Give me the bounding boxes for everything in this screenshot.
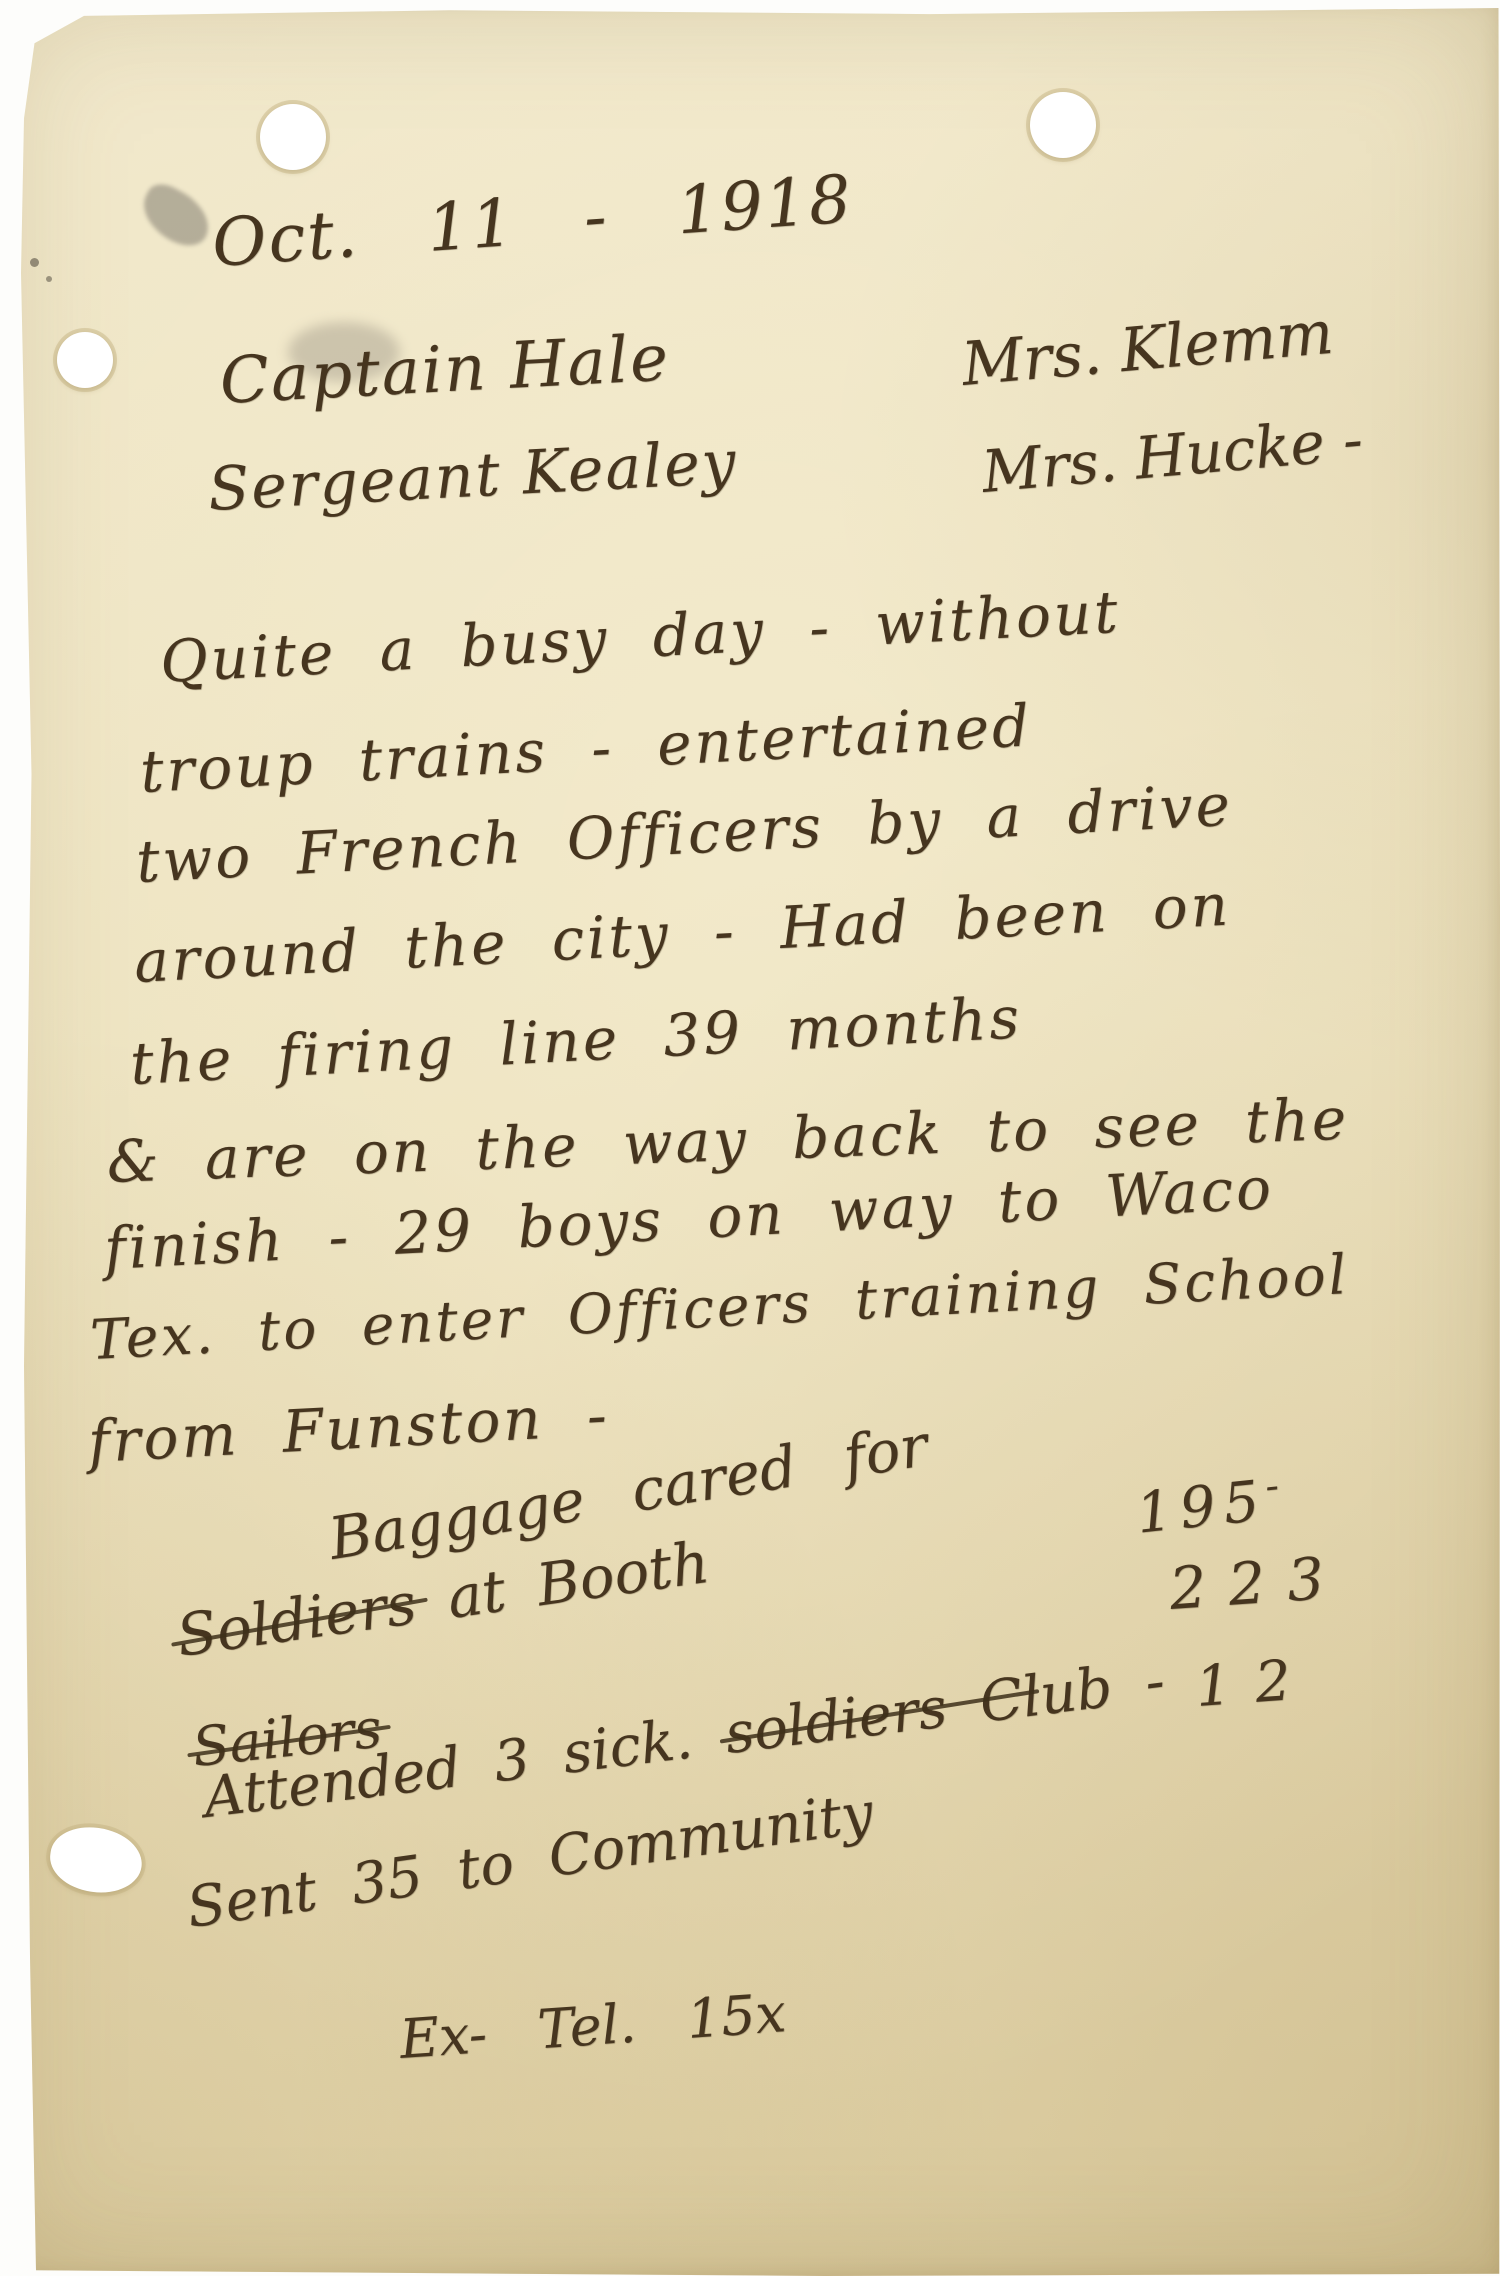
tally-value-baggage-number: 195 [1133, 1468, 1270, 1546]
punch-hole-left [57, 332, 113, 388]
punch-hole-top-left [260, 104, 326, 170]
scanned-note-page: Oct. 11 - 1918 Captain Hale Mrs. Klemm S… [0, 0, 1500, 2276]
tally-value-soldiers: 223 [1167, 1543, 1348, 1623]
tally-value-sailors: 12 [1193, 1647, 1317, 1720]
tally-value-baggage-dash: - [1263, 1462, 1289, 1509]
punch-hole-top-right [1030, 92, 1096, 158]
